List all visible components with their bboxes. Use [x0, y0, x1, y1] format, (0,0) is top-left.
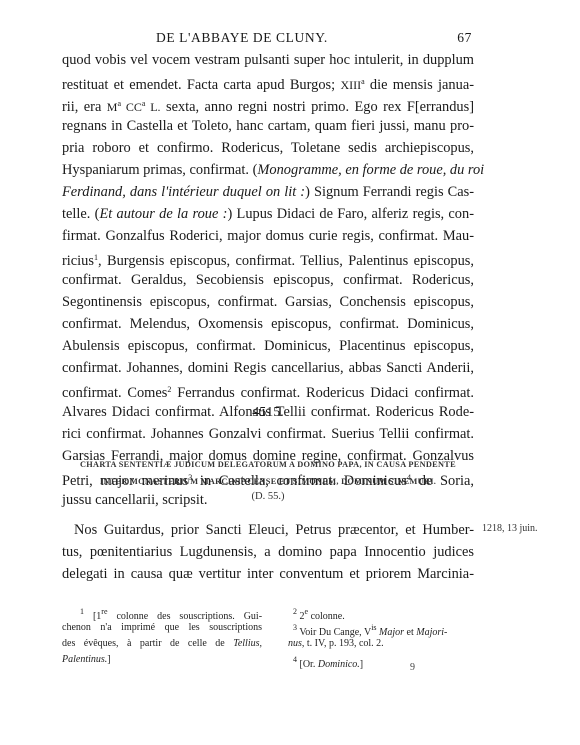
footnote-line: Palentinus.]	[62, 652, 262, 668]
previous-charter-text: quod vobis vel vocem vestram pulsanti su…	[62, 49, 474, 511]
signature-mark: 9	[410, 662, 415, 673]
text-line: regnans in Castella et Toleto, hanc cart…	[62, 115, 474, 137]
charter-title: CHARTA SENTENTIÆ JUDICUM DELEGATORUM A D…	[62, 456, 474, 490]
page-number: 67	[457, 30, 472, 46]
text-line: confirmat. Comes2 Ferrandus confirmat. R…	[62, 379, 474, 401]
charter-title-line: CHARTA SENTENTIÆ JUDICUM DELEGATORUM A D…	[62, 456, 474, 473]
footnote-column-left: 1 [1re colonne des souscriptions. Gui- c…	[62, 604, 262, 668]
footnote-column-right: 2 2e colonne. 3 Voir Du Cange, Vis Major…	[288, 604, 478, 668]
footnote-1: 1 [1re colonne des souscriptions. Gui-	[62, 604, 262, 620]
text-line: Ferdinand, dans l'intérieur duquel on li…	[62, 181, 474, 203]
text-line: confirmat. Johannes, domini Regis cancel…	[62, 357, 474, 379]
text-line: Nos Guitardus, prior Sancti Eleuci, Petr…	[62, 520, 474, 542]
footnote-line: nus, t. IV, p. 193, col. 2.	[288, 636, 478, 652]
text-line: firmat. Gonzalfus Roderici, major domus …	[62, 225, 474, 247]
text-line: restituat et emendet. Facta carta apud B…	[62, 71, 474, 93]
footnote-line: des évêques, à partir de celle de Telliu…	[62, 636, 262, 652]
text-line: Abulensis episcopus, confirmat. Dominicu…	[62, 335, 474, 357]
text-line: pria roboro et confirmo. Rodericus, Tole…	[62, 137, 474, 159]
text-line: tus, pœnitentiarius Lugdunensis, a domin…	[62, 542, 474, 564]
text-line: rici confirmat. Johannes Gonzalvi confir…	[62, 423, 474, 445]
footnote-3: 3 Voir Du Cange, Vis Major et Majori-	[288, 620, 478, 636]
footnote-4: 4 [Or. Dominico.]	[288, 652, 478, 668]
text-line: Hyspaniarum primas, confirmat. (Monogram…	[62, 159, 474, 181]
footnote-line: chenon n'a imprimé que les souscriptions	[62, 620, 262, 636]
charter-number: 4515.	[62, 405, 474, 421]
text-line: delegati in causa quæ vertitur inter con…	[62, 564, 474, 586]
text-line: ricius1, Burgensis episcopus, confirmat.…	[62, 247, 474, 269]
text-line: confirmat. Geraldus, Secobiensis episcop…	[62, 269, 474, 291]
text-line: telle. (Et autour de la roue :) Lupus Di…	[62, 203, 474, 225]
charter-source: (D. 55.)	[62, 491, 474, 502]
running-title: DE L'ABBAYE DE CLUNY.	[156, 30, 328, 46]
text-line: Segontinensis episcopus, confirmat. Gars…	[62, 291, 474, 313]
charter-title-line: INTER MONASTERIUM MARCINIACENSE ET SIMON…	[62, 473, 474, 490]
footnote-2: 2 2e colonne.	[288, 604, 478, 620]
text-line: confirmat. Melendus, Oxomensis episcopus…	[62, 313, 474, 335]
text-line: rii, era Ma CCa L. sexta, anno regni nos…	[62, 93, 474, 115]
margin-date: 1218, 13 juin.	[482, 523, 538, 534]
text-line: quod vobis vel vocem vestram pulsanti su…	[62, 49, 474, 71]
charter-text: Nos Guitardus, prior Sancti Eleuci, Petr…	[62, 520, 474, 586]
running-head: DE L'ABBAYE DE CLUNY. 67	[62, 30, 474, 48]
